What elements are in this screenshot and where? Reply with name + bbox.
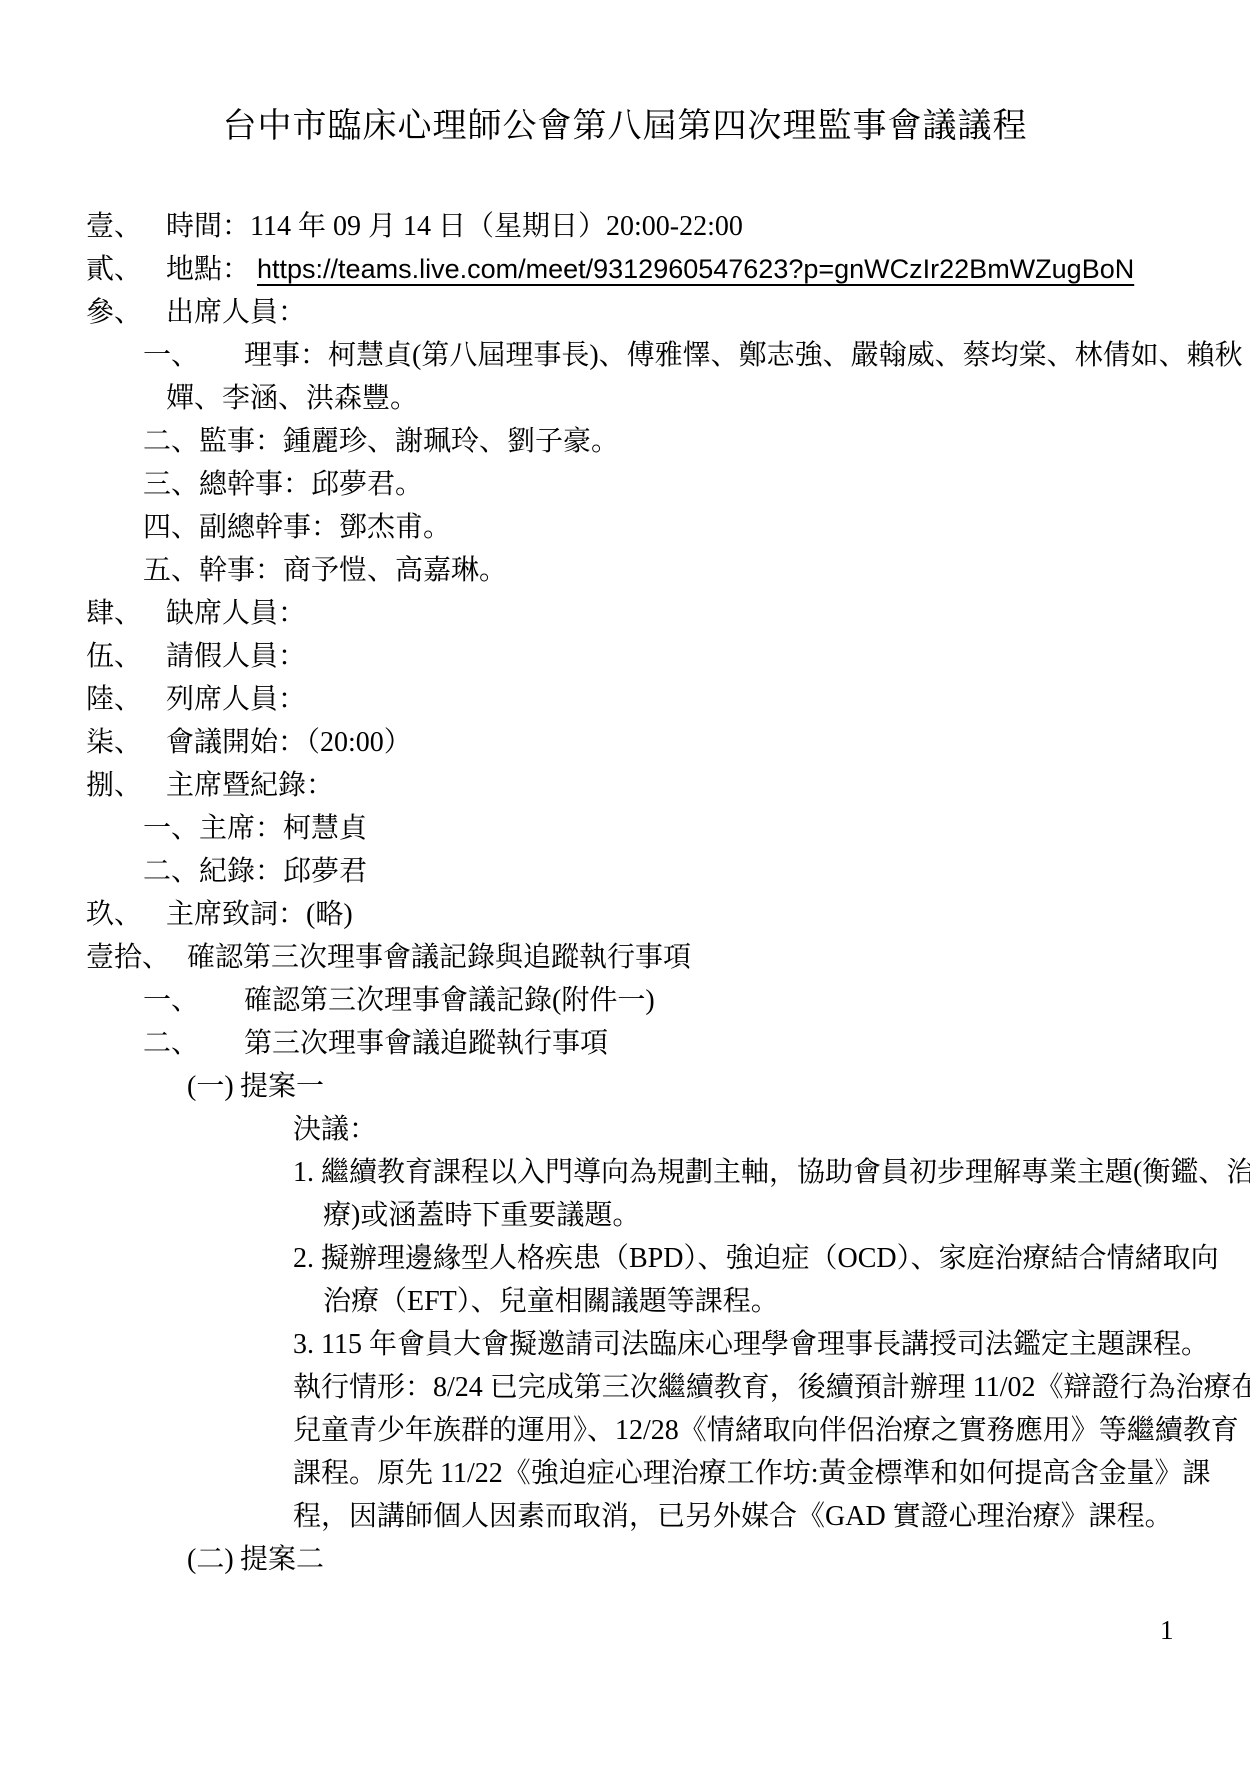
line-text: 提案一: [240, 1071, 324, 1102]
line-proposal-2: (二) 提案二: [0, 1538, 1250, 1581]
document-body: 壹、 時間：114 年 09 月 14 日（星期日）20:00-22:00 貳、…: [0, 205, 1250, 1581]
line-followup-items: 二、 第三次理事會議追蹤執行事項: [0, 1022, 1250, 1065]
line-resolution-label: 決議：: [0, 1108, 1250, 1151]
line-resolution-1-continued: 療)或涵蓋時下重要議題。: [0, 1194, 1250, 1237]
line-staff: 五、幹事：商予愷、高嘉琳。: [0, 549, 1250, 592]
line-text: 嬋、李涵、洪森豐。: [166, 383, 418, 414]
line-text: 決議：: [293, 1114, 377, 1145]
item-number: 參、: [86, 291, 142, 334]
line-meeting-start: 柒、 會議開始：（20:00）: [0, 721, 1250, 764]
line-text: 出席人員：: [166, 297, 306, 328]
line-resolution-3: 3. 115 年會員大會擬邀請司法臨床心理學會理事長講授司法鑑定主題課程。: [0, 1323, 1250, 1366]
line-location: 貳、 地點： https://teams.live.com/meet/93129…: [0, 248, 1250, 291]
line-chair-and-recorder: 捌、 主席暨紀錄：: [0, 764, 1250, 807]
line-secretary-general: 三、總幹事：邱夢君。: [0, 463, 1250, 506]
line-recorder: 二、紀錄：邱夢君: [0, 850, 1250, 893]
item-number: (一): [187, 1065, 234, 1108]
line-text: 執行情形：8/24 已完成第三次繼續教育，後續預計辦理 11/02《辯證行為治療…: [293, 1372, 1250, 1403]
line-directors: 一、 理事：柯慧貞(第八屆理事長)、傅雅懌、鄭志強、嚴翰威、蔡均棠、林倩如、賴秋: [0, 334, 1250, 377]
line-text: 主席暨紀錄：: [166, 770, 334, 801]
item-number: 二、: [143, 1022, 199, 1065]
line-execution-status-2: 兒童青少年族群的運用》、12/28《情緒取向伴侶治療之實務應用》等繼續教育: [0, 1409, 1250, 1452]
line-text: 治療（EFT）、兒童相關議題等課程。: [323, 1286, 779, 1317]
line-text: 列席人員：: [166, 684, 306, 715]
line-resolution-1: 1. 繼續教育課程以入門導向為規劃主軸，協助會員初步理解專業主題(衡鑑、治: [0, 1151, 1250, 1194]
item-number: 陸、: [86, 678, 142, 721]
line-text: 四、副總幹事：鄧杰甫。: [143, 512, 451, 543]
item-number: 壹、: [86, 205, 142, 248]
item-number: 一、: [143, 979, 199, 1022]
line-text: 二、監事：鍾麗珍、謝珮玲、劉子豪。: [143, 426, 619, 457]
item-number: 一、: [143, 334, 199, 377]
line-attendees-header: 參、 出席人員：: [0, 291, 1250, 334]
line-text: 第三次理事會議追蹤執行事項: [244, 1028, 608, 1059]
line-on-leave: 伍、 請假人員：: [0, 635, 1250, 678]
item-number: 玖、: [86, 893, 142, 936]
item-number: 肆、: [86, 592, 142, 635]
line-supervisors: 二、監事：鍾麗珍、謝珮玲、劉子豪。: [0, 420, 1250, 463]
line-text: 課程。原先 11/22《強迫症心理治療工作坊:黃金標準和如何提高含金量》課: [293, 1458, 1211, 1489]
line-chair: 一、主席：柯慧貞: [0, 807, 1250, 850]
line-text: 會議開始：（20:00）: [166, 727, 412, 758]
meeting-agenda-page: 台中市臨床心理師公會第八屆第四次理監事會議議程 壹、 時間：114 年 09 月…: [0, 0, 1250, 1774]
line-directors-continued: 嬋、李涵、洪森豐。: [0, 377, 1250, 420]
line-text: 確認第三次理事會議記錄(附件一): [244, 985, 655, 1016]
line-proposal-1: (一) 提案一: [0, 1065, 1250, 1108]
line-execution-status-1: 執行情形：8/24 已完成第三次繼續教育，後續預計辦理 11/02《辯證行為治療…: [0, 1366, 1250, 1409]
line-absent: 肆、 缺席人員：: [0, 592, 1250, 635]
line-execution-status-4: 程，因講師個人因素而取消，已另外媒合《GAD 實證心理治療》課程。: [0, 1495, 1250, 1538]
line-text: 時間：114 年 09 月 14 日（星期日）20:00-22:00: [166, 211, 743, 242]
line-text: 一、主席：柯慧貞: [143, 813, 367, 844]
line-text: 療)或涵蓋時下重要議題。: [323, 1200, 640, 1231]
line-text: 三、總幹事：邱夢君。: [143, 469, 423, 500]
line-resolution-2: 2. 擬辦理邊緣型人格疾患（BPD）、強迫症（OCD）、家庭治療結合情緒取向: [0, 1237, 1250, 1280]
line-observers: 陸、 列席人員：: [0, 678, 1250, 721]
line-text: 兒童青少年族群的運用》、12/28《情緒取向伴侶治療之實務應用》等繼續教育: [293, 1415, 1239, 1446]
line-time: 壹、 時間：114 年 09 月 14 日（星期日）20:00-22:00: [0, 205, 1250, 248]
line-execution-status-3: 課程。原先 11/22《強迫症心理治療工作坊:黃金標準和如何提高含金量》課: [0, 1452, 1250, 1495]
line-confirm-minutes: 一、 確認第三次理事會議記錄(附件一): [0, 979, 1250, 1022]
line-text: 五、幹事：商予愷、高嘉琳。: [143, 555, 507, 586]
line-text: 程，因講師個人因素而取消，已另外媒合《GAD 實證心理治療》課程。: [293, 1501, 1173, 1532]
line-deputy-secretary-general: 四、副總幹事：鄧杰甫。: [0, 506, 1250, 549]
document-title: 台中市臨床心理師公會第八屆第四次理監事會議議程: [0, 104, 1250, 150]
meeting-link[interactable]: https://teams.live.com/meet/931296054762…: [257, 254, 1134, 284]
line-confirm-minutes-section: 壹拾、 確認第三次理事會議記錄與追蹤執行事項: [0, 936, 1250, 979]
item-number: 貳、: [86, 248, 142, 291]
line-text: 請假人員：: [166, 641, 306, 672]
item-number: 柒、: [86, 721, 142, 764]
line-text: 二、紀錄：邱夢君: [143, 856, 367, 887]
page-number: 1: [1160, 1614, 1174, 1646]
item-number: 伍、: [86, 635, 142, 678]
line-text: 確認第三次理事會議記錄與追蹤執行事項: [187, 942, 691, 973]
line-text: 理事：柯慧貞(第八屆理事長)、傅雅懌、鄭志強、嚴翰威、蔡均棠、林倩如、賴秋: [244, 340, 1243, 371]
item-number: 捌、: [86, 764, 142, 807]
item-number: (二): [187, 1538, 234, 1581]
line-text: 缺席人員：: [166, 598, 306, 629]
line-resolution-2-continued: 治療（EFT）、兒童相關議題等課程。: [0, 1280, 1250, 1323]
line-text: 提案二: [240, 1544, 324, 1575]
line-text: 1. 繼續教育課程以入門導向為規劃主軸，協助會員初步理解專業主題(衡鑑、治: [293, 1157, 1250, 1188]
item-number: 壹拾、: [86, 936, 170, 979]
line-text: 主席致詞：(略): [166, 899, 353, 930]
line-chair-remarks: 玖、 主席致詞：(略): [0, 893, 1250, 936]
line-text: 2. 擬辦理邊緣型人格疾患（BPD）、強迫症（OCD）、家庭治療結合情緒取向: [293, 1243, 1219, 1274]
location-label: 地點：: [166, 254, 250, 285]
line-text: 3. 115 年會員大會擬邀請司法臨床心理學會理事長講授司法鑑定主題課程。: [293, 1329, 1209, 1360]
